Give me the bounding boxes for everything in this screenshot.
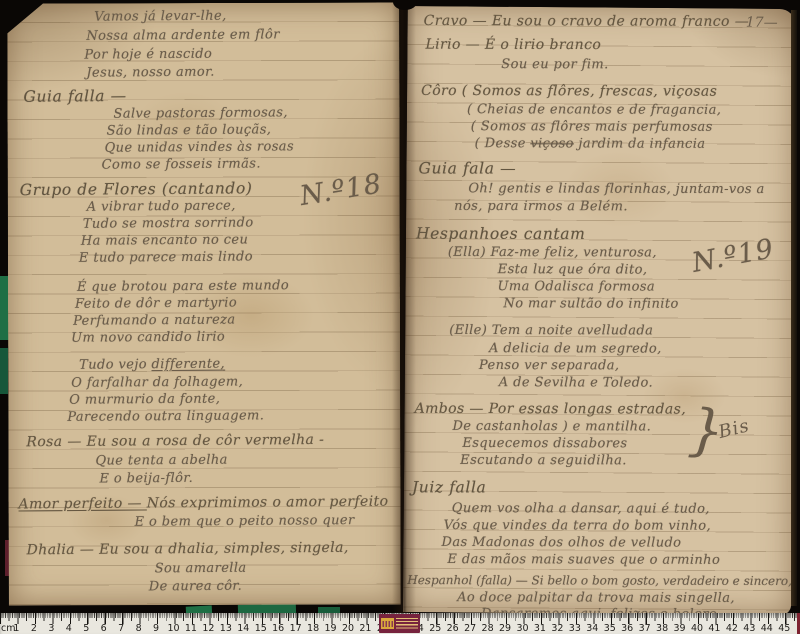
manuscript-line: Rosa — Eu sou a rosa de côr vermelha - — [26, 432, 324, 451]
manuscript-line: Das Madonas dos olhos de velludo — [442, 535, 682, 551]
manuscript-line: Juiz falla — [412, 478, 486, 497]
manuscript-line: Ao doce palpitar da trova mais singella, — [457, 590, 735, 606]
ruler-number: 28 — [482, 623, 494, 634]
ruler-number: 37 — [639, 623, 651, 634]
manuscript-line: Jesus, nosso amor. — [86, 65, 215, 82]
ruler-number: 21 — [359, 623, 371, 634]
manuscript-line: E tudo parece mais lindo — [79, 249, 253, 266]
manuscript-line: Grupo de Flores (cantando) — [20, 179, 253, 199]
ruler-number: 42 — [726, 623, 738, 634]
manuscript-line: Vós que vindes da terra do bom vinho, — [444, 518, 711, 534]
manuscript-line: Ha mais encanto no ceu — [81, 232, 249, 249]
manuscript-line: (Elle) Tem a noite avelludada — [449, 323, 653, 339]
manuscript-line: E o beija-flôr. — [99, 471, 193, 487]
manuscript-line: nós, para irmos a Belém. — [454, 199, 628, 215]
manuscript-line: Um novo candido lirio — [71, 330, 225, 347]
manuscript-line: Esta luz que óra dito, — [498, 262, 648, 278]
manuscript-line: Tudo vejo differente, — [79, 357, 225, 374]
manuscript-line: Por hoje é nascido — [84, 47, 212, 64]
ruler-number: 9 — [153, 623, 159, 634]
manuscript-line: Que tenta a abelha — [95, 453, 228, 470]
manuscript-line: Salve pastoras formosas, — [113, 105, 288, 122]
manuscript-line: Parecendo outra linguagem. — [67, 408, 264, 425]
ruler-number: 19 — [325, 623, 337, 634]
manuscript-line: E o bem que o peito nosso quer — [135, 513, 355, 530]
manuscript-line: Vamos já levar-lhe, — [94, 9, 226, 26]
manuscript-line: De aurea côr. — [149, 579, 243, 595]
ruler-number: 31 — [534, 623, 546, 634]
ruler-number: 1 — [13, 623, 19, 634]
ruler-number: 7 — [118, 623, 124, 634]
ruler-number: 5 — [83, 623, 89, 634]
manuscript-line: No mar sultão do infinito — [503, 296, 678, 312]
ruler-number: 17 — [290, 623, 302, 634]
ruler-number: 20 — [342, 623, 354, 634]
manuscript-line: Lirio — É o lirio branco — [425, 37, 601, 54]
notebook-page-right: N.º19 17— } Bis Cravo — Eu sou o cravo d… — [403, 6, 796, 615]
manuscript-line: Penso ver separada, — [479, 358, 619, 374]
manuscript-scan: N.º18 Vamos já levar-lhe,Nossa alma arde… — [0, 0, 800, 634]
manuscript-line: Nossa alma ardente em flôr — [86, 27, 280, 44]
manuscript-line: Uma Odalisca formosa — [498, 279, 656, 295]
manuscript-line: Perfumando a natureza — [73, 312, 236, 329]
manuscript-line: (Ella) Faz-me feliz, venturosa, — [448, 245, 657, 261]
manuscript-line: Hespanhol (falla) — Si bello o bom gosto… — [407, 573, 792, 588]
manuscript-line: Dhalia — Eu sou a dhalia, simples, singe… — [27, 540, 349, 559]
manuscript-line: O murmurio da fonte, — [69, 392, 220, 409]
manuscript-line: ( Desse viçoso jardim da infancia — [475, 136, 706, 152]
ruler-number: 6 — [101, 623, 107, 634]
manuscript-line: A delicia de um segredo, — [489, 341, 662, 357]
manuscript-line: Côro ( Somos as flôres, frescas, viçosas — [421, 83, 717, 101]
ruler-number: 43 — [743, 623, 755, 634]
stamp-text-lines — [396, 618, 418, 630]
cover-fragment — [0, 348, 8, 394]
manuscript-line: Hespanhoes cantam — [416, 225, 585, 244]
ruler-number: 12 — [202, 623, 214, 634]
manuscript-line: Cravo — Eu sou o cravo de aroma franco — — [424, 13, 750, 31]
manuscript-line: Quem vos olha a dansar, aqui é tudo, — [452, 501, 710, 517]
manuscript-line: Esquecemos dissabores — [462, 436, 627, 452]
manuscript-line: Feito de dôr e martyrio — [75, 295, 237, 312]
manuscript-line: Que unidas vindes às rosas — [105, 139, 295, 156]
building-icon — [381, 618, 394, 629]
ruler-number: 36 — [621, 623, 633, 634]
manuscript-line: A de Sevilha e Toledo. — [499, 375, 653, 391]
ruler-number: 14 — [237, 623, 249, 634]
manuscript-line: Tudo se mostra sorrindo — [83, 215, 254, 232]
manuscript-line: Amor perfeito — Nós exprimimos o amor pe… — [18, 494, 388, 514]
manuscript-line: Escutando a seguidilha. — [460, 453, 627, 469]
page-number: 17— — [746, 15, 778, 31]
manuscript-line: E das mãos mais suaves que o arminho — [447, 552, 720, 568]
manuscript-line: Guia falla — — [23, 87, 126, 106]
ruler-number: 45 — [778, 623, 790, 634]
ruler-number: 3 — [48, 623, 54, 634]
ruler-number: 44 — [761, 623, 773, 634]
ruler-number: 40 — [691, 623, 703, 634]
ruler-number: 33 — [569, 623, 581, 634]
ruler-number: 41 — [708, 623, 720, 634]
manuscript-line: Como se fosseis irmãs. — [102, 156, 261, 173]
ruler-number: 32 — [551, 623, 563, 634]
ruler-number: 34 — [586, 623, 598, 634]
ruler-number: 15 — [255, 623, 267, 634]
manuscript-line: De castanholas ) e mantilha. — [452, 419, 651, 435]
song-number-19: N.º19 — [690, 233, 777, 279]
manuscript-line: O farfalhar da folhagem, — [71, 374, 243, 391]
book-fore-edge — [791, 10, 797, 606]
ruler-number: 35 — [604, 623, 616, 634]
manuscript-line: São lindas e tão louçãs, — [106, 122, 271, 139]
ruler-number: 30 — [516, 623, 528, 634]
ruler-number: 38 — [656, 623, 668, 634]
manuscript-line: Ambos — Por essas longas estradas, — [415, 401, 687, 419]
ruler-number: 4 — [66, 623, 72, 634]
song-number-18: N.º18 — [298, 168, 384, 212]
ruler-number: 26 — [447, 623, 459, 634]
manuscript-line: ( Cheias de encantos e de fragancia, — [467, 102, 721, 118]
ruler-number: 27 — [464, 623, 476, 634]
ruler-number: 16 — [272, 623, 284, 634]
ruler-number: 2 — [31, 623, 37, 634]
manuscript-line: ( Somos as flôres mais perfumosas — [471, 119, 713, 135]
notebook-page-left: N.º18 Vamos já levar-lhe,Nossa alma arde… — [7, 2, 401, 605]
ruler-number: 13 — [220, 623, 232, 634]
ruler-number: 18 — [307, 623, 319, 634]
ruler-number: 11 — [185, 623, 197, 634]
library-stamp — [379, 614, 420, 633]
ruler-number: 10 — [167, 623, 179, 634]
ruler-number: 39 — [674, 623, 686, 634]
manuscript-line: Sou amarella — [155, 561, 247, 577]
manuscript-line: Oh! gentis e lindas florinhas, juntam-vo… — [468, 181, 764, 197]
manuscript-line: É que brotou para este mundo — [77, 278, 289, 295]
page-gutter-shadow — [392, 0, 416, 614]
manuscript-line: A vibrar tudo parece, — [87, 199, 236, 216]
manuscript-line: Sou eu por fim. — [501, 57, 608, 73]
right-page-text: N.º19 17— } Bis Cravo — Eu sou o cravo d… — [403, 6, 796, 615]
ruler-number: 29 — [499, 623, 511, 634]
ruler-number: 25 — [429, 623, 441, 634]
ruler-number: 8 — [136, 623, 142, 634]
left-page-text: N.º18 Vamos já levar-lhe,Nossa alma arde… — [7, 2, 401, 605]
manuscript-line: Guia fala — — [418, 159, 516, 178]
